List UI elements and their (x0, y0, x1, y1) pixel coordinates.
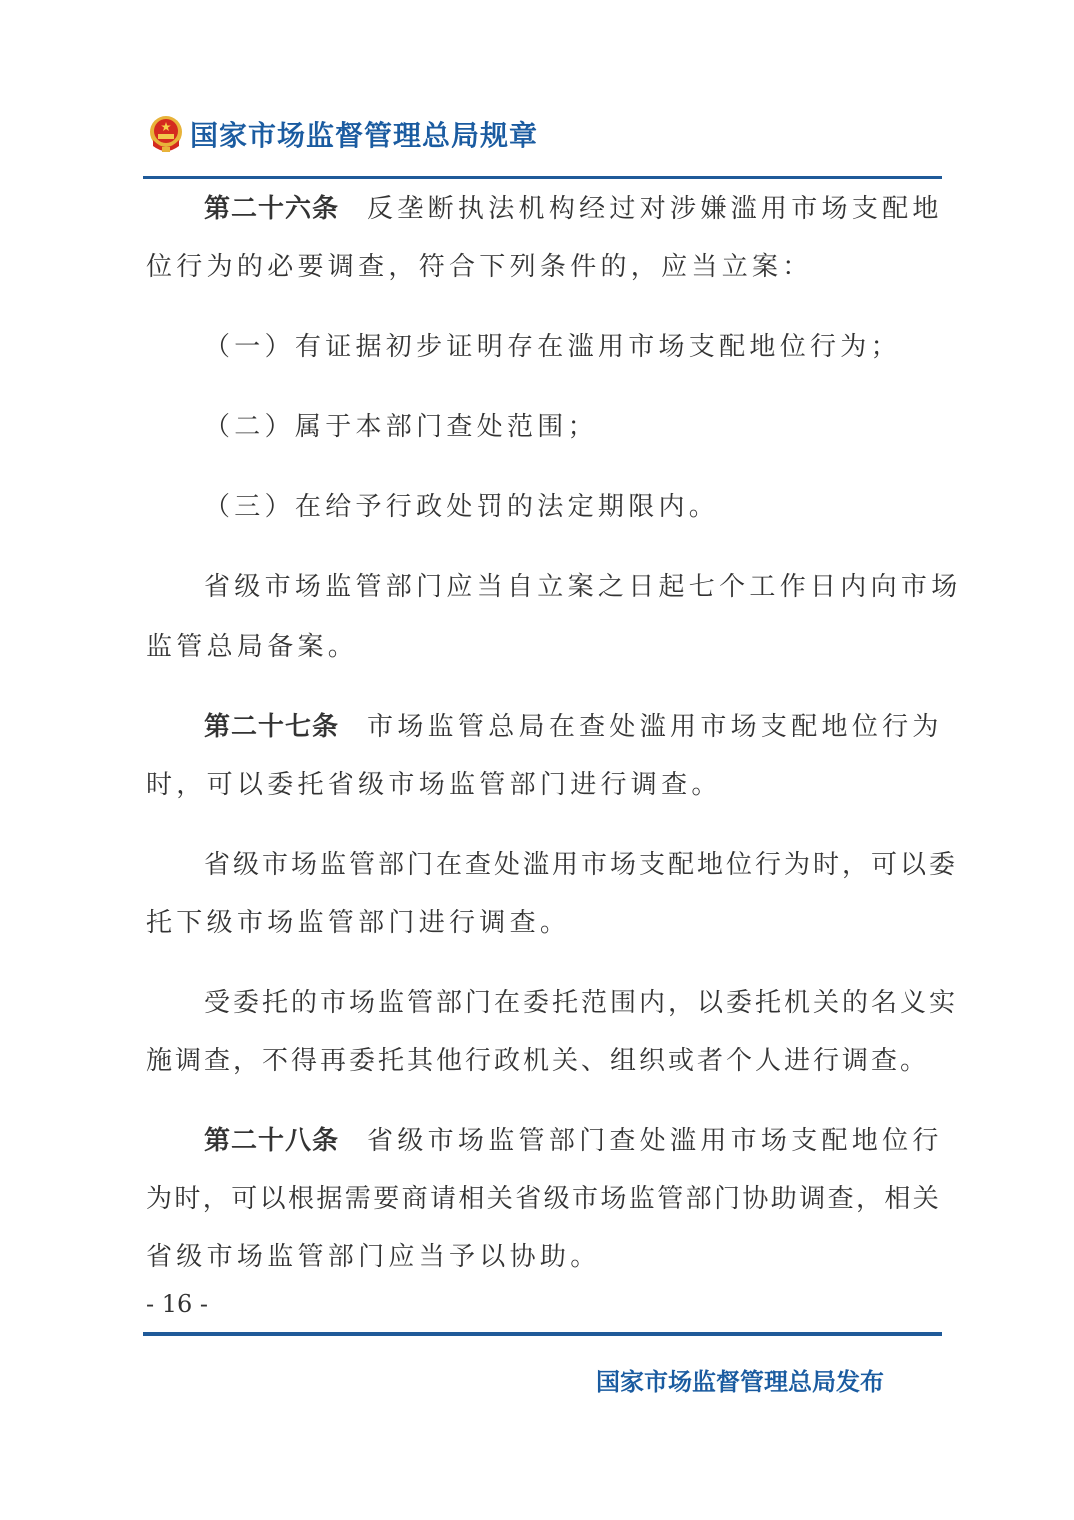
article-26-line-1: 第二十六条反垄断执法机构经过对涉嫌滥用市场支配地 (204, 188, 943, 225)
article-27-para-3-line-2: 施调查，不得再委托其他行政机关、组织或者个人进行调查。 (146, 1040, 929, 1077)
header-divider (143, 176, 942, 179)
article-label: 第二十八条 (204, 1126, 339, 1156)
document-header: 国家市场监督管理总局规章 (148, 114, 538, 154)
article-27-para-3-line-1: 受委托的市场监管部门在委托范围内，以委托机关的名义实 (204, 982, 958, 1019)
article-27-line-1: 第二十七条市场监管总局在查处滥用市场支配地位行为 (204, 706, 943, 743)
article-28-line-2: 为时，可以根据需要商请相关省级市场监管部门协助调查，相关 (146, 1178, 941, 1215)
article-28-line-1: 第二十八条省级市场监管部门查处滥用市场支配地位行 (204, 1120, 943, 1157)
article-label: 第二十七条 (204, 712, 339, 742)
article-26-item-3: （三）在给予行政处罚的法定期限内。 (204, 486, 719, 523)
article-26-item-2: （二）属于本部门查处范围； (204, 406, 598, 443)
article-26-item-1: （一）有证据初步证明存在滥用市场支配地位行为； (204, 326, 901, 363)
footer-divider (143, 1332, 942, 1336)
article-27-para-2-line-2: 托下级市场监管部门进行调查。 (146, 902, 570, 939)
national-emblem-icon (148, 114, 184, 154)
article-27-line-2: 时，可以委托省级市场监管部门进行调查。 (146, 764, 722, 801)
article-label: 第二十六条 (204, 194, 339, 224)
footer-publisher: 国家市场监督管理总局发布 (596, 1362, 884, 1397)
article-26-para-2-line-1: 省级市场监管部门应当自立案之日起七个工作日内向市场 (204, 566, 962, 603)
header-title: 国家市场监督管理总局规章 (190, 114, 538, 154)
page-number: - 16 - (146, 1290, 208, 1318)
article-26-line-2: 位行为的必要调查，符合下列条件的，应当立案： (146, 246, 813, 283)
article-28-line-3: 省级市场监管部门应当予以协助。 (146, 1236, 601, 1273)
article-26-para-2-line-2: 监管总局备案。 (146, 626, 358, 663)
article-27-para-2-line-1: 省级市场监管部门在查处滥用市场支配地位行为时，可以委 (204, 844, 958, 881)
